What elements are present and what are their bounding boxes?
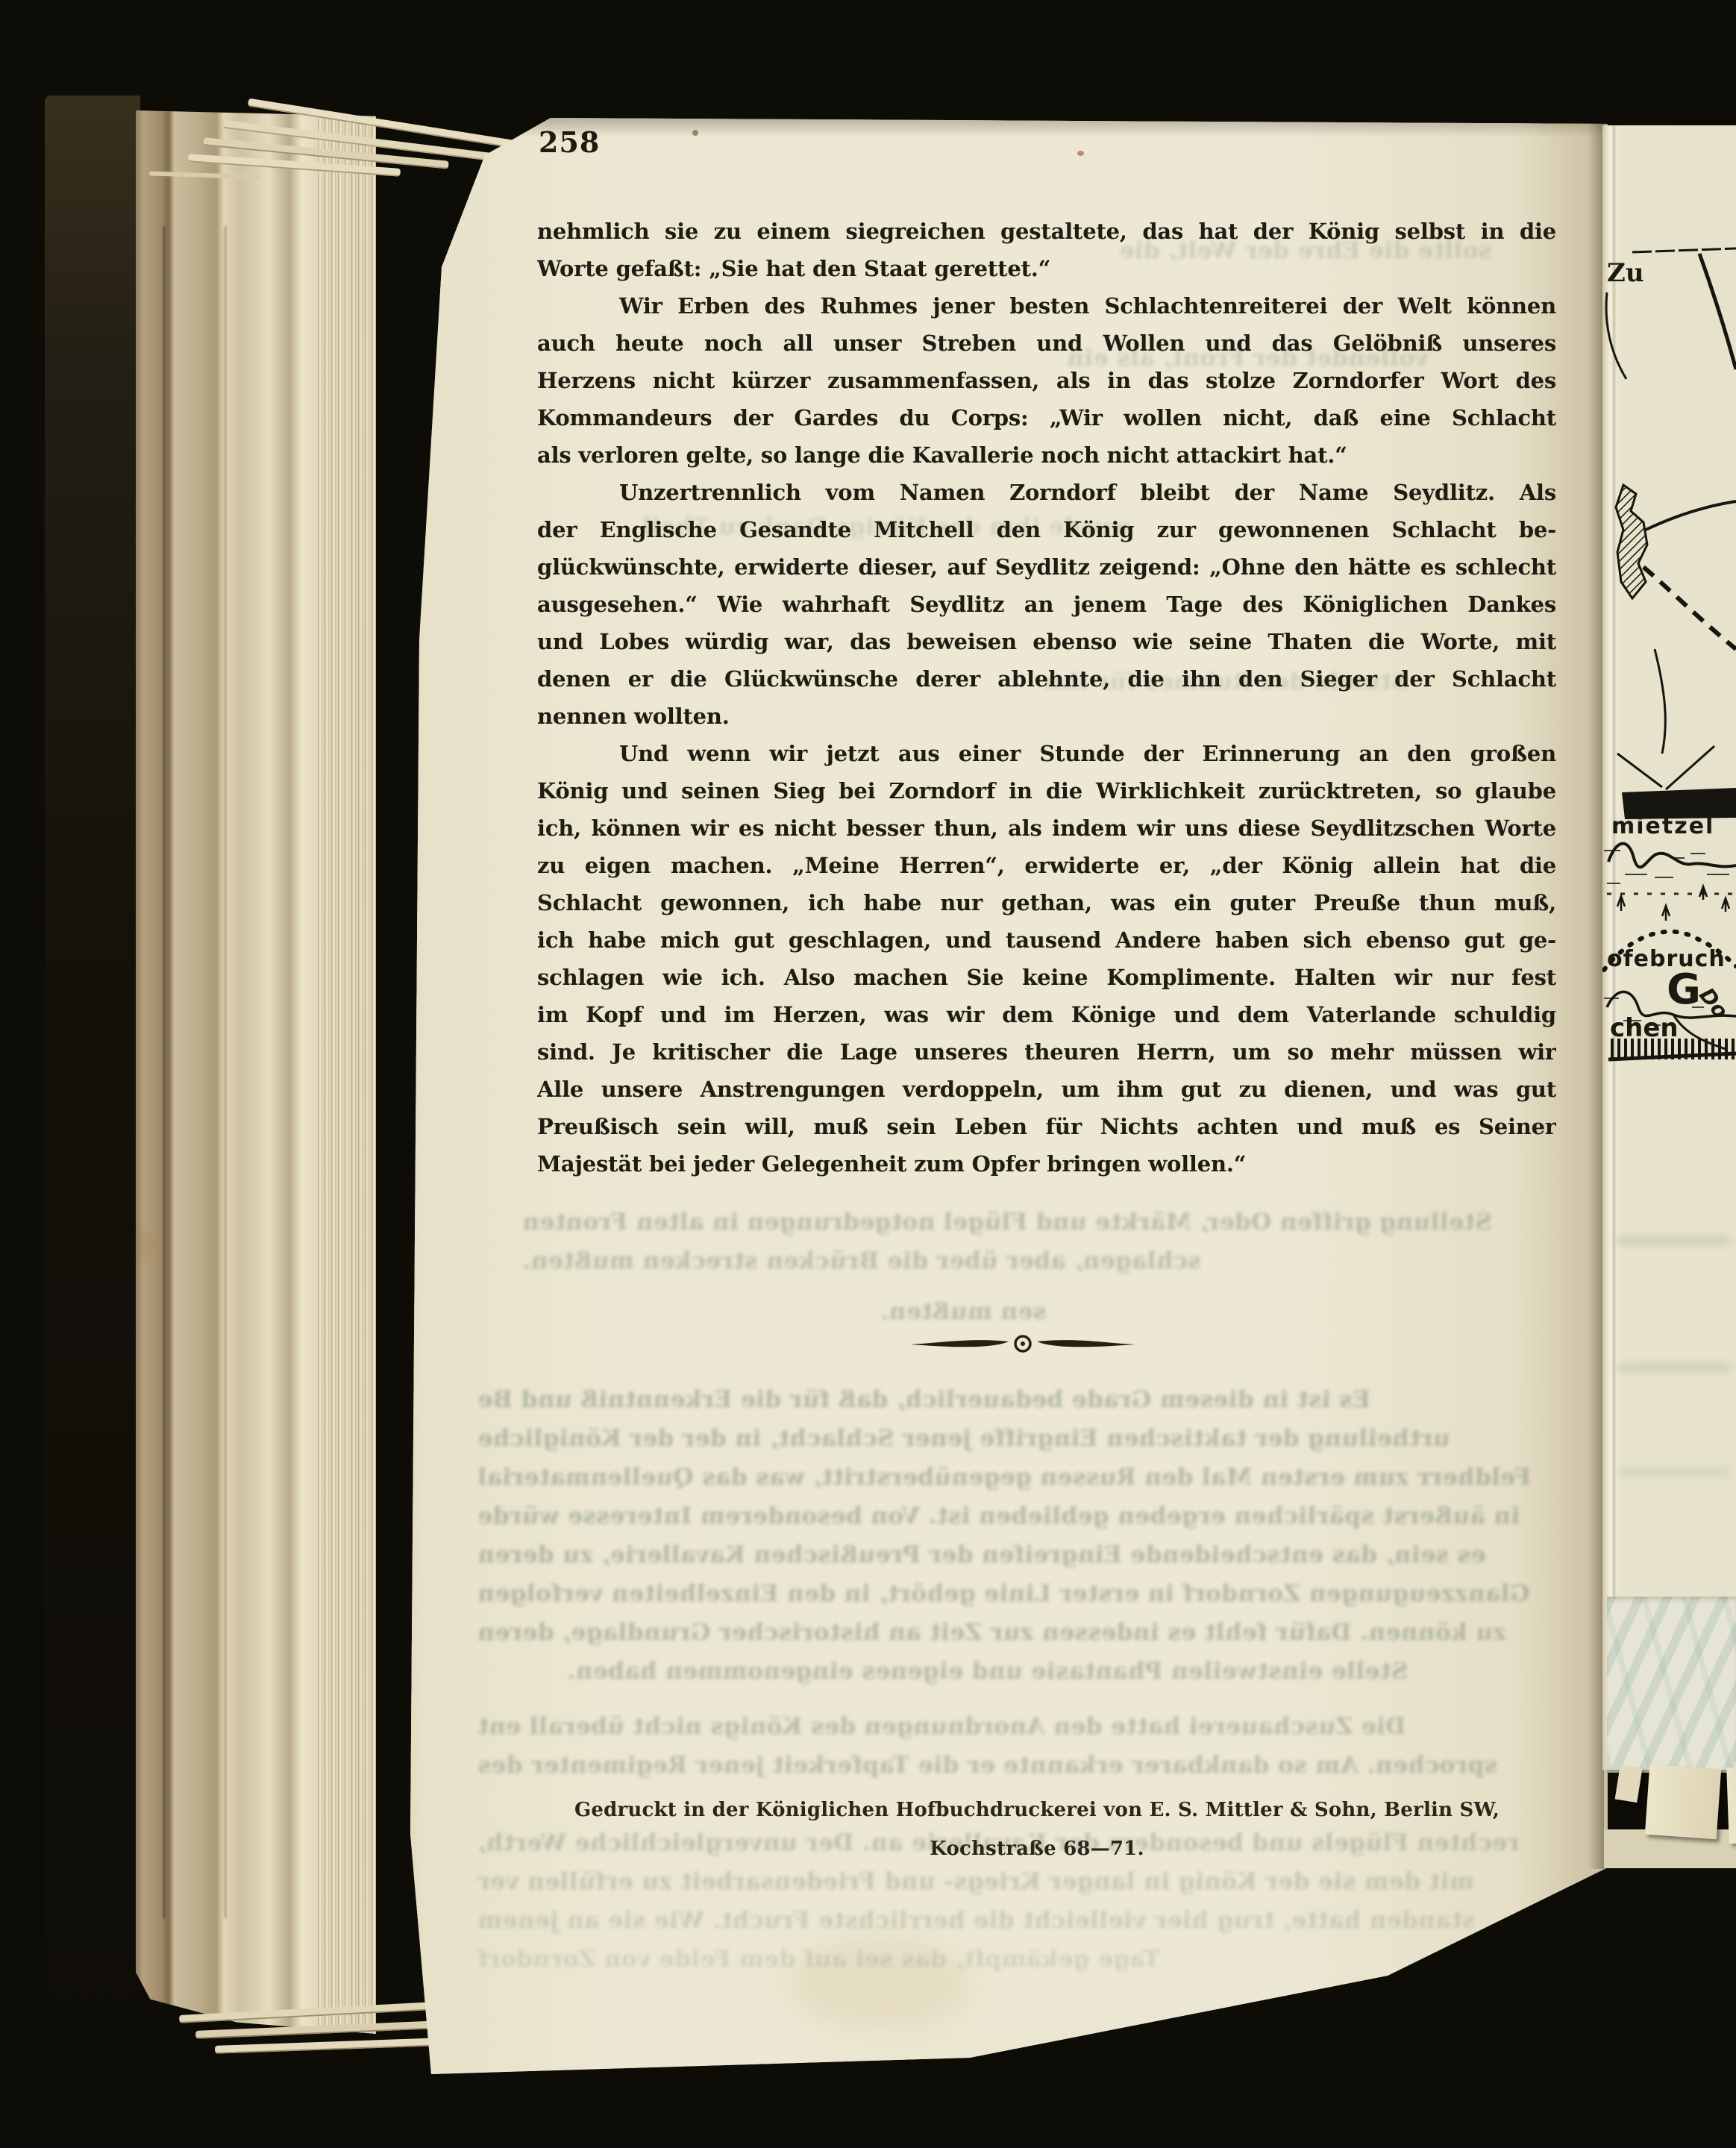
bleedthrough-line: urtheilung der taktischen Eingriffe jene… bbox=[477, 1425, 1450, 1452]
plate-seam-shadow bbox=[1588, 123, 1604, 1869]
bleedthrough-line: standen hatte, trug hier vielleicht die … bbox=[477, 1907, 1475, 1934]
bleedthrough-line: sprochen. Am so dankbarer erkannte er di… bbox=[477, 1752, 1497, 1779]
bleedthrough-line: Feldherr zum ersten Mal den Russen gegen… bbox=[477, 1464, 1531, 1491]
body-line: auch heute noch all unser Streben und Wo… bbox=[537, 325, 1556, 362]
body-line: glückwünschte, erwiderte dieser, auf Sey… bbox=[537, 548, 1556, 586]
plate-bleedthrough bbox=[1617, 1468, 1729, 1476]
body-text: nehmlich sie zu einem siegreichen gestal… bbox=[537, 213, 1556, 1183]
bleedthrough-line: Tage gekämpft, das sei auf dem Felde von… bbox=[477, 1946, 1160, 1973]
book-cover-edge bbox=[45, 95, 140, 2065]
bleedthrough-line: mit dem sie der König in langer Kriegs- … bbox=[477, 1868, 1474, 1895]
body-line: schlagen wie ich. Also machen Sie keine … bbox=[537, 959, 1556, 996]
section-divider-ornament bbox=[909, 1327, 1137, 1362]
folded-paper-tab bbox=[1615, 1765, 1643, 1803]
body-line: Wir Erben des Ruhmes jener besten Schlac… bbox=[537, 287, 1556, 325]
printer-imprint: Gedruckt in der Königlichen Hofbuchdruck… bbox=[515, 1791, 1559, 1829]
page-number: 258 bbox=[539, 125, 703, 161]
body-line: Und wenn wir jetzt aus einer Stunde der … bbox=[537, 735, 1556, 772]
folded-map-plate: Zu mietzel ofebruch G Do chen bbox=[1602, 125, 1736, 1770]
body-line: nennen wollten. bbox=[537, 698, 1556, 735]
body-line: Majestät bei jeder Gelegenheit zum Opfer… bbox=[537, 1145, 1556, 1183]
body-line: ich habe mich gut geschlagen, und tausen… bbox=[537, 921, 1556, 959]
book-photograph: sollte die Ehre der Welt, die vollendet … bbox=[0, 0, 1736, 2148]
body-line: im Kopf und im Herzen, was wir dem König… bbox=[537, 996, 1556, 1033]
body-line: Unzertrennlich vom Namen Zorndorf bleibt… bbox=[537, 474, 1556, 511]
bleedthrough-line: Es ist in diesem Grade bedauerlich, daß … bbox=[477, 1386, 1370, 1413]
plate-bleedthrough bbox=[1617, 1237, 1729, 1244]
page-edge-stack bbox=[136, 110, 376, 2034]
bleedthrough-line: Stellung griffen Oder, Märkte und Flügel… bbox=[522, 1209, 1492, 1236]
body-line: sind. Je kritischer die Lage unseres the… bbox=[537, 1033, 1556, 1071]
body-line: Preußisch sein will, muß sein Leben für … bbox=[537, 1108, 1556, 1145]
bleedthrough-line: schlagen, aber über die Brücken strecken… bbox=[522, 1247, 1201, 1274]
body-line: ich, können wir es nicht besser thun, al… bbox=[537, 810, 1556, 847]
body-line: nehmlich sie zu einem siegreichen gestal… bbox=[537, 213, 1556, 250]
map-label-mietzel: mietzel bbox=[1611, 813, 1714, 839]
page-edge-streak bbox=[163, 226, 166, 1919]
plate-bleedthrough bbox=[1617, 1364, 1729, 1371]
body-line: als verloren gelte, so lange die Kavalle… bbox=[537, 436, 1556, 474]
map-label-g: G bbox=[1667, 965, 1701, 1014]
bleedthrough-line: Glanzzeugungen Zorndorf in erster Linie … bbox=[477, 1580, 1529, 1607]
body-line: Alle unsere Anstrengungen verdoppeln, um… bbox=[537, 1071, 1556, 1108]
body-line: König und seinen Sieg bei Zorndorf in di… bbox=[537, 772, 1556, 810]
bleedthrough-line: in äußerst spärlichen ergeben geblieben … bbox=[477, 1503, 1520, 1529]
bleedthrough-line: Stelle einstweilen Phantasie und eigenes… bbox=[567, 1658, 1408, 1685]
page-edge-fine-lines bbox=[318, 110, 376, 2034]
body-line: Worte gefaßt: „Sie hat den Staat gerette… bbox=[537, 250, 1556, 287]
bleedthrough-line: es sein, das entscheidende Eingreifen de… bbox=[477, 1541, 1485, 1568]
stain bbox=[1077, 151, 1084, 156]
body-line: der Englische Gesandte Mitchell den Köni… bbox=[537, 511, 1556, 548]
body-line: und Lobes würdig war, das beweisen ebens… bbox=[537, 623, 1556, 660]
body-line: Kommandeurs der Gardes du Corps: „Wir wo… bbox=[537, 399, 1556, 436]
body-line: Herzens nicht kürzer zusammenfassen, als… bbox=[537, 362, 1556, 399]
bleedthrough-line: zu können. Dafür fehlt es indessen zur Z… bbox=[477, 1619, 1506, 1646]
bleedthrough-line: Die Zuschauerei hatte den Anordnungen de… bbox=[477, 1713, 1406, 1740]
body-line: Schlacht gewonnen, ich habe nur gethan, … bbox=[537, 884, 1556, 921]
body-line: zu eigen machen. „Meine Herren“, erwider… bbox=[537, 847, 1556, 884]
map-label-zu: Zu bbox=[1607, 258, 1644, 288]
map-label-chen: chen bbox=[1610, 1013, 1679, 1043]
body-line: denen er die Glückwünsche derer ablehnte… bbox=[537, 660, 1556, 698]
body-line: ausgesehen.“ Wie wahrhaft Seydlitz an je… bbox=[537, 586, 1556, 623]
page-edge-streak bbox=[224, 226, 227, 1919]
bleedthrough-line: sen mußten. bbox=[880, 1298, 1046, 1325]
folded-paper-tab bbox=[1645, 1765, 1721, 1839]
plate-marbled-sheet bbox=[1607, 1597, 1736, 1773]
fanned-sheet-edge bbox=[215, 2037, 465, 2054]
